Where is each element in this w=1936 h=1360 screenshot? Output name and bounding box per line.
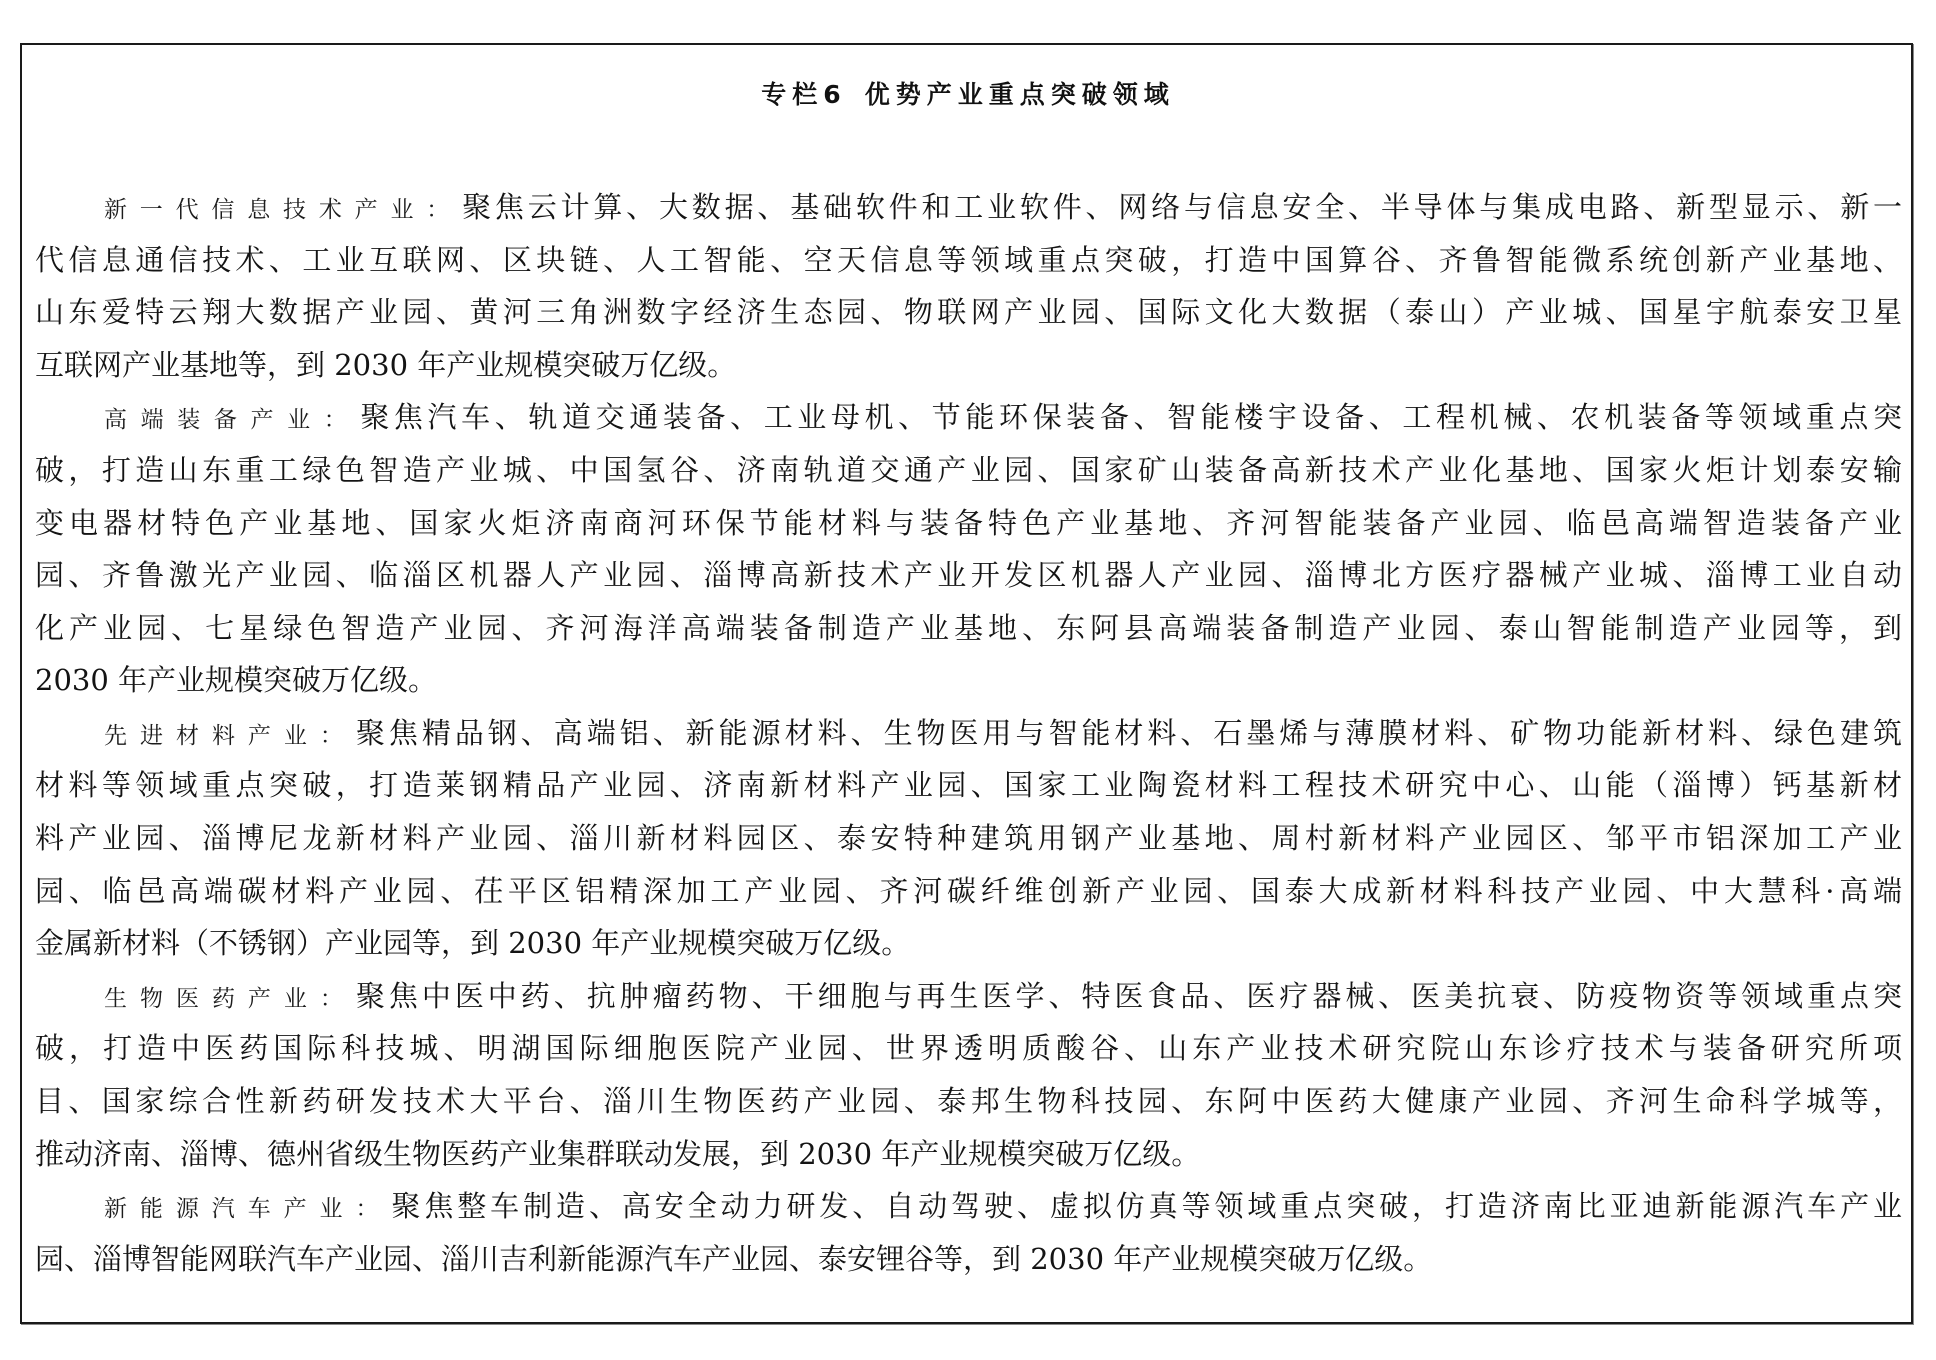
column-title-prefix: 专栏 bbox=[761, 80, 823, 109]
paragraph-line: 园、齐鲁激光产业园、临淄区机器人产业园、淄博高新技术产业开发区机器人产业园、淄博… bbox=[35, 555, 1902, 595]
paragraph-line: 金属新材料（不锈钢）产业园等，到 2030 年产业规模突破万亿级。 bbox=[35, 923, 1902, 963]
paragraph-line: 2030 年产业规模突破万亿级。 bbox=[35, 660, 1902, 700]
line-text: 聚焦精品钢、高端铝、新能源材料、生物医用与智能材料、石墨烯与薄膜材料、矿物功能新… bbox=[356, 716, 1902, 750]
paragraph-line: 园、临邑高端碳材料产业园、茌平区铝精深加工产业园、齐河碳纤维创新产业园、国泰大成… bbox=[35, 871, 1902, 911]
paragraph-line: 先进材料产业：聚焦精品钢、高端铝、新能源材料、生物医用与智能材料、石墨烯与薄膜材… bbox=[104, 713, 1902, 753]
paragraph-line: 推动济南、淄博、德州省级生物医药产业集群联动发展，到 2030 年产业规模突破万… bbox=[35, 1134, 1902, 1174]
paragraph-line: 代信息通信技术、工业互联网、区块链、人工智能、空天信息等领域重点突破，打造中国算… bbox=[35, 240, 1902, 280]
paragraph-line: 园、淄博智能网联汽车产业园、淄川吉利新能源汽车产业园、泰安锂谷等，到 2030 … bbox=[35, 1239, 1902, 1279]
paragraph-line: 破，打造中医药国际科技城、明湖国际细胞医院产业园、世界透明质酸谷、山东产业技术研… bbox=[35, 1028, 1902, 1068]
column-title-text: 优势产业重点突破领域 bbox=[865, 80, 1175, 109]
column-title: 专栏6优势产业重点突破领域 bbox=[0, 78, 1936, 112]
paragraph-line: 破，打造山东重工绿色智造产业城、中国氢谷、济南轨道交通产业园、国家矿山装备高新技… bbox=[35, 450, 1902, 490]
section-label: 新一代信息技术产业： bbox=[104, 197, 462, 223]
line-text: 聚焦云计算、大数据、基础软件和工业软件、网络与信息安全、半导体与集成电路、新型显… bbox=[462, 190, 1902, 224]
paragraph-line: 变电器材特色产业基地、国家火炬济南商河环保节能材料与装备特色产业基地、齐河智能装… bbox=[35, 503, 1902, 543]
paragraph-line: 山东爱特云翔大数据产业园、黄河三角洲数字经济生态园、物联网产业园、国际文化大数据… bbox=[35, 292, 1902, 332]
paragraph-line: 化产业园、七星绿色智造产业园、齐河海洋高端装备制造产业基地、东阿县高端装备制造产… bbox=[35, 608, 1902, 648]
section-label: 生物医药产业： bbox=[104, 986, 356, 1012]
paragraph-line: 生物医药产业：聚焦中医中药、抗肿瘤药物、干细胞与再生医学、特医食品、医疗器械、医… bbox=[104, 976, 1902, 1016]
line-text: 聚焦中医中药、抗肿瘤药物、干细胞与再生医学、特医食品、医疗器械、医美抗衰、防疫物… bbox=[356, 979, 1902, 1013]
line-text: 聚焦汽车、轨道交通装备、工业母机、节能环保装备、智能楼宇设备、工程机械、农机装备… bbox=[360, 400, 1902, 434]
paragraph-line: 材料等领域重点突破，打造莱钢精品产业园、济南新材料产业园、国家工业陶瓷材料工程技… bbox=[35, 765, 1902, 805]
paragraph-line: 新能源汽车产业：聚焦整车制造、高安全动力研发、自动驾驶、虚拟仿真等领域重点突破，… bbox=[104, 1186, 1902, 1226]
paragraph-line: 高端装备产业：聚焦汽车、轨道交通装备、工业母机、节能环保装备、智能楼宇设备、工程… bbox=[104, 397, 1902, 437]
paragraph-line: 目、国家综合性新药研发技术大平台、淄川生物医药产业园、泰邦生物科技园、东阿中医药… bbox=[35, 1081, 1902, 1121]
column-title-number: 6 bbox=[823, 80, 846, 109]
line-text: 聚焦整车制造、高安全动力研发、自动驾驶、虚拟仿真等领域重点突破，打造济南比亚迪新… bbox=[391, 1189, 1902, 1223]
section-label: 新能源汽车产业： bbox=[104, 1196, 391, 1222]
section-label: 高端装备产业： bbox=[104, 407, 360, 433]
section-label: 先进材料产业： bbox=[104, 723, 356, 749]
paragraph-line: 料产业园、淄博尼龙新材料产业园、淄川新材料园区、泰安特种建筑用钢产业基地、周村新… bbox=[35, 818, 1902, 858]
paragraph-line: 互联网产业基地等，到 2030 年产业规模突破万亿级。 bbox=[35, 345, 1902, 385]
paragraph-line: 新一代信息技术产业：聚焦云计算、大数据、基础软件和工业软件、网络与信息安全、半导… bbox=[104, 187, 1902, 227]
